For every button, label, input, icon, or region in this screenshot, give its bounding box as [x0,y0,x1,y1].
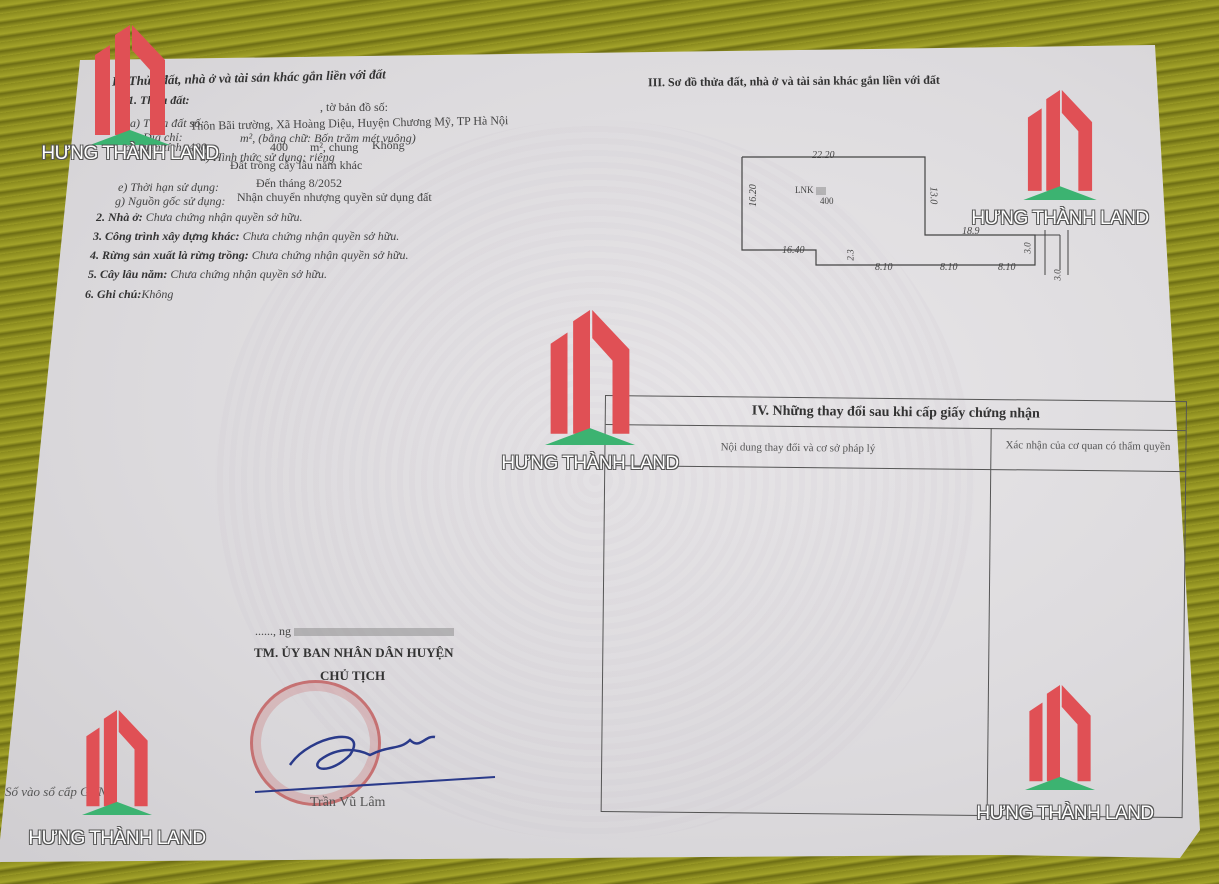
usage-common-value: Không [372,138,405,153]
item-perennial: 5. Cây lâu năm: Chưa chứng nhận quyền sở… [88,267,327,282]
term-label: e) Thời hạn sử dụng: [118,180,219,195]
ht-logo-icon [1020,90,1100,200]
sign-org: TM. ỦY BAN NHÂN DÂN HUYỆN [254,645,454,661]
origin-value: Nhận chuyển nhượng quyền sử dụng đất [237,190,432,205]
item-construction: 3. Công trình xây dựng khác: Chưa chứng … [93,229,399,244]
signer-name: Trần Vũ Lâm [310,795,385,811]
dim-bottom-left: 16.40 [782,245,805,256]
watermark-text: HƯNG THÀNH LAND [970,803,1160,825]
section4-title: IV. Những thay đổi sau khi cấp giấy chứn… [606,402,1186,424]
map-sheet-label: , tờ bản đồ số: [320,100,388,115]
section3-title: III. Sơ đồ thửa đất, nhà ở và tài sản kh… [648,73,940,91]
watermark-text: HƯNG THÀNH LAND [495,453,685,475]
parcel-area: 400 [820,196,834,206]
watermark-logo: HƯNG THÀNH LAND [35,25,225,165]
dim-step: 2.3 [846,249,856,260]
dim-seg3: 8.10 [998,262,1016,273]
usage-private-value: 400 [270,140,288,155]
ht-logo-icon [90,25,170,145]
dim-seg1: 8.10 [875,262,893,273]
signature-scribble [250,715,510,800]
purpose-value: Đất trồng cây lâu năm khác [230,158,362,173]
item-house: 2. Nhà ở: Chưa chứng nhận quyền sở hữu. [96,210,302,225]
origin-label: g) Nguồn gốc sử dụng: [115,194,226,209]
dim-right: 13.0 [927,187,938,205]
watermark-text: HƯNG THÀNH LAND [35,143,225,165]
dim-seg2: 8.10 [940,262,958,273]
watermark-text: HƯNG THÀNH LAND [22,828,212,850]
dim-left: 16.20 [748,184,759,207]
watermark-logo: HƯNG THÀNH LAND [965,90,1155,230]
item-note: 6. Ghi chú:Không [85,287,173,302]
watermark-logo: HƯNG THÀNH LAND [495,310,685,475]
dim-edge2: 3.0 [1053,269,1063,280]
dim-top: 22.20 [812,150,835,161]
ht-logo-icon [545,310,635,445]
ht-logo-icon [1025,685,1095,790]
sign-date: ......, ng [255,624,454,639]
col-confirmation-header: Xác nhận của cơ quan có thẩm quyền [1000,438,1175,455]
term-value: Đến tháng 8/2052 [256,176,342,191]
watermark-logo: HƯNG THÀNH LAND [970,685,1160,825]
dim-edge1: 3.0 [1023,242,1033,253]
usage-common-unit: m², chung [310,140,358,155]
ht-logo-icon [82,710,152,815]
item-forest: 4. Rừng sản xuất là rừng trồng: Chưa chứ… [90,248,408,263]
watermark-logo: HƯNG THÀNH LAND [22,710,212,850]
parcel-label: LNK [795,185,826,195]
watermark-text: HƯNG THÀNH LAND [965,208,1155,230]
